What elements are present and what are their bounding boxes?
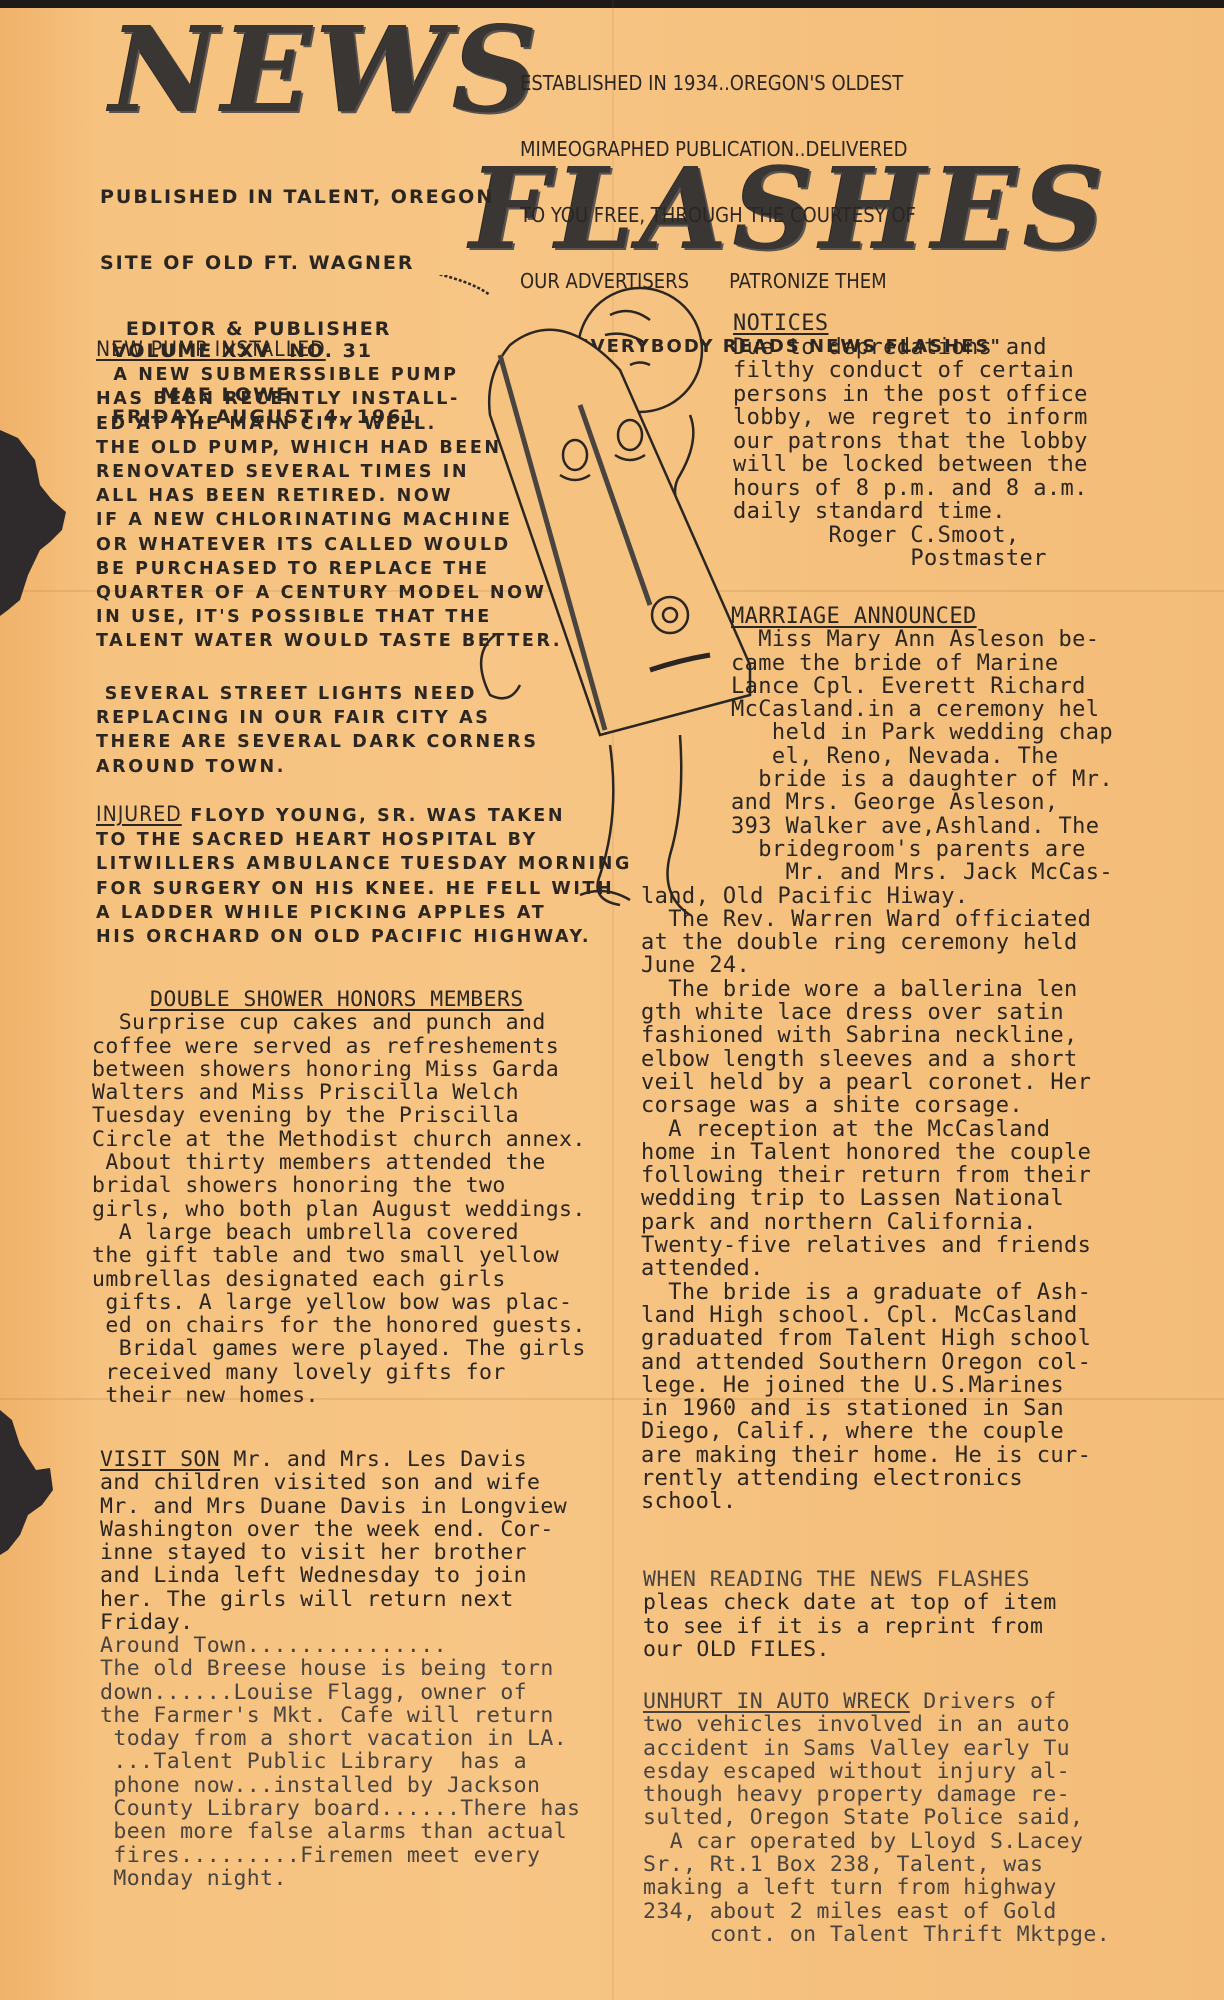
article-line: today from a short vacation in LA. xyxy=(100,1727,580,1750)
article-line: Surprise cup cakes and punch and xyxy=(92,1011,586,1034)
article-line: attended. xyxy=(641,1257,1113,1280)
established-line: TO YOU FREE, THROUGH THE COURTESY OF xyxy=(520,204,1002,226)
article-notices: NOTICES Due to depredations and filthy c… xyxy=(733,312,1088,571)
article-line: OR WHATEVER ITS CALLED WOULD xyxy=(96,533,562,557)
article-line: THERE ARE SEVERAL DARK CORNERS xyxy=(96,730,539,754)
article-line: sulted, Oregon State Police said, xyxy=(643,1806,1110,1829)
article-line: Monday night. xyxy=(100,1867,580,1890)
article-line: ALL HAS BEEN RETIRED. NOW xyxy=(96,484,562,508)
article-line: A car operated by Lloyd S.Lacey xyxy=(643,1830,1110,1853)
article-street-lights: SEVERAL STREET LIGHTS NEED REPLACING IN … xyxy=(96,682,539,779)
article-line: Tuesday evening by the Priscilla xyxy=(92,1104,586,1127)
article-line: A LADDER WHILE PICKING APPLES AT xyxy=(96,901,632,925)
article-line: lobby, we regret to inform xyxy=(733,406,1088,430)
article-line: between showers honoring Miss Garda xyxy=(92,1058,586,1081)
publication-location: Published in Talent, Oregon xyxy=(100,186,494,208)
article-line: SEVERAL STREET LIGHTS NEED xyxy=(96,682,539,706)
article-line: HIS ORCHARD ON OLD PACIFIC HIGHWAY. xyxy=(96,925,632,949)
article-line: corsage was a shite corsage. xyxy=(641,1094,1113,1117)
headline-reading-note: WHEN READING THE NEWS FLASHES xyxy=(643,1568,1057,1591)
article-line: County Library board......There has xyxy=(100,1797,580,1820)
headline-visit-son: VISIT SON xyxy=(100,1447,220,1472)
article-line: bridal showers honoring the two xyxy=(92,1174,586,1197)
article-line: Mr. and Mrs. Jack McCas- xyxy=(731,861,1113,884)
article-reading-note: WHEN READING THE NEWS FLASHES pleas chec… xyxy=(643,1568,1057,1661)
article-line: Sr., Rt.1 Box 238, Talent, was xyxy=(643,1853,1110,1876)
article-line: Circle at the Methodist church annex. xyxy=(92,1128,586,1151)
article-line: making a left turn from highway xyxy=(643,1876,1110,1899)
article-line: phone now...installed by Jackson xyxy=(100,1774,580,1797)
article-line: gth white lace dress over satin xyxy=(641,1001,1113,1024)
article-line: A large beach umbrella covered xyxy=(92,1221,586,1244)
article-line: land, Old Pacific Hiway. xyxy=(641,885,1113,908)
article-line: the gift table and two small yellow xyxy=(92,1244,586,1267)
article-line: TALENT WATER WOULD TASTE BETTER. xyxy=(96,629,562,653)
article-line: and Mrs. George Asleson, xyxy=(731,791,1113,814)
article-line: lege. He joined the U.S.Marines xyxy=(641,1374,1113,1397)
article-line: fashioned with Sabrina neckline, xyxy=(641,1024,1113,1047)
article-line: the Farmer's Mkt. Cafe will return xyxy=(100,1704,580,1727)
article-line: home in Talent honored the couple xyxy=(641,1141,1113,1164)
article-line: cont. on Talent Thrift Mktpge. xyxy=(643,1923,1110,1946)
article-line: Diego, Calif., where the couple xyxy=(641,1420,1113,1443)
article-line: A reception at the McCasland xyxy=(641,1118,1113,1141)
article-line: McCasland.in a ceremony hel xyxy=(731,698,1113,721)
article-line: Miss Mary Ann Asleson be- xyxy=(731,628,1113,651)
article-marriage: MARRIAGE ANNOUNCED Miss Mary Ann Asleson… xyxy=(731,605,1113,1514)
article-line: QUARTER OF A CENTURY MODEL NOW xyxy=(96,581,562,605)
article-line: Washington over the week end. Cor- xyxy=(100,1518,567,1541)
article-line: their new homes. xyxy=(92,1384,586,1407)
headline-around-town: Around Town............... xyxy=(100,1634,580,1657)
article-line: Due to depredations and xyxy=(733,336,1088,360)
article-line: HAS BEEN RECENTLY INSTALL- xyxy=(96,387,562,411)
article-line: her. The girls will return next xyxy=(100,1588,567,1611)
article-line: gifts. A large yellow bow was plac- xyxy=(92,1291,586,1314)
torn-hole xyxy=(0,430,70,620)
article-line: park and northern California. xyxy=(641,1211,1113,1234)
article-line: BE PURCHASED TO REPLACE THE xyxy=(96,557,562,581)
article-line: Bridal games were played. The girls xyxy=(92,1337,586,1360)
article-line: ED AT THE MAIN CITY WELL. xyxy=(96,412,562,436)
article-line: our OLD FILES. xyxy=(643,1638,1057,1661)
headline-new-pump: NEW PUMP INSTALLED xyxy=(96,337,562,361)
publication-site: Site of Old Ft. Wagner xyxy=(100,252,494,274)
article-line: elbow length sleeves and a short xyxy=(641,1048,1113,1071)
article-line: FOR SURGERY ON HIS KNEE. HE FELL WITH xyxy=(96,877,632,901)
article-line: Twenty-five relatives and friends xyxy=(641,1234,1113,1257)
article-line: THE OLD PUMP, WHICH HAD BEEN xyxy=(96,436,562,460)
article-double-shower: DOUBLE SHOWER HONORS MEMBERS Surprise cu… xyxy=(92,988,586,1407)
article-line: 393 Walker ave,Ashland. The xyxy=(731,815,1113,838)
torn-hole xyxy=(0,1410,60,1560)
article-line: came the bride of Marine xyxy=(731,652,1113,675)
article-line: el, Reno, Nevada. The xyxy=(731,745,1113,768)
article-line: to see if it is a reprint from xyxy=(643,1615,1057,1638)
article-line: at the double ring ceremony held xyxy=(641,931,1113,954)
article-line: wedding trip to Lassen National xyxy=(641,1187,1113,1210)
article-line: following their return from their xyxy=(641,1164,1113,1187)
article-line: fires.........Firemen meet every xyxy=(100,1844,580,1867)
article-line: two vehicles involved in an auto xyxy=(643,1713,1110,1736)
article-line: rently attending electronics xyxy=(641,1467,1113,1490)
article-line: and attended Southern Oregon col- xyxy=(641,1351,1113,1374)
article-line: filthy conduct of certain xyxy=(733,359,1088,383)
article-line: Mr. and Mrs. Les Davis xyxy=(220,1447,527,1472)
article-line: school. xyxy=(641,1490,1113,1513)
established-line: MIMEOGRAPHED PUBLICATION..DELIVERED xyxy=(520,138,1002,160)
article-new-pump: NEW PUMP INSTALLED A NEW SUBMERSSIBLE PU… xyxy=(96,337,562,654)
article-line: graduated from Talent High school xyxy=(641,1327,1113,1350)
article-line: June 24. xyxy=(641,954,1113,977)
article-line: The old Breese house is being torn xyxy=(100,1657,580,1680)
headline-marriage: MARRIAGE ANNOUNCED xyxy=(731,605,1113,628)
headline-injured: INJURED xyxy=(96,802,182,826)
article-line: Friday. xyxy=(100,1611,567,1634)
article-line: girls, who both plan August weddings. xyxy=(92,1198,586,1221)
headline-notices: NOTICES xyxy=(733,312,1088,336)
article-line: IN USE, IT'S POSSIBLE THAT THE xyxy=(96,605,562,629)
article-line: Postmaster xyxy=(733,547,1088,571)
masthead-title-news: NEWS xyxy=(110,10,542,130)
article-line: About thirty members attended the xyxy=(92,1151,586,1174)
article-line: RENOVATED SEVERAL TIMES IN xyxy=(96,460,562,484)
article-line: Mr. and Mrs Duane Davis in Longview xyxy=(100,1495,567,1518)
article-line: our patrons that the lobby xyxy=(733,430,1088,454)
article-around-town: Around Town............... The old Brees… xyxy=(100,1634,580,1890)
article-line: IF A NEW CHLORINATING MACHINE xyxy=(96,508,562,532)
article-line: The bride wore a ballerina len xyxy=(641,978,1113,1001)
article-injured: INJURED FLOYD YOUNG, SR. WAS TAKEN TO TH… xyxy=(96,802,632,949)
article-line: 234, about 2 miles east of Gold xyxy=(643,1900,1110,1923)
article-line: accident in Sams Valley early Tu xyxy=(643,1737,1110,1760)
article-line: Walters and Miss Priscilla Welch xyxy=(92,1081,586,1104)
article-line: will be locked between the xyxy=(733,453,1088,477)
article-line: REPLACING IN OUR FAIR CITY AS xyxy=(96,706,539,730)
article-line: and children visited son and wife xyxy=(100,1471,567,1494)
article-line: LITWILLERS AMBULANCE TUESDAY MORNING xyxy=(96,852,632,876)
article-auto-wreck: UNHURT IN AUTO WRECK Drivers of two vehi… xyxy=(643,1690,1110,1946)
headline-auto-wreck: UNHURT IN AUTO WRECK xyxy=(643,1689,910,1714)
article-line: Drivers of xyxy=(910,1689,1057,1714)
article-line: bride is a daughter of Mr. xyxy=(731,768,1113,791)
article-line: ...Talent Public Library has a xyxy=(100,1750,580,1773)
article-line: FLOYD YOUNG, SR. WAS TAKEN xyxy=(182,806,565,826)
article-line: down......Louise Flagg, owner of xyxy=(100,1681,580,1704)
article-line: in 1960 and is stationed in San xyxy=(641,1397,1113,1420)
article-line: been more false alarms than actual xyxy=(100,1820,580,1843)
article-line: coffee were served as refreshements xyxy=(92,1035,586,1058)
article-line: inne stayed to visit her brother xyxy=(100,1541,567,1564)
headline-double-shower: DOUBLE SHOWER HONORS MEMBERS xyxy=(92,988,586,1011)
article-line: ed on chairs for the honored guests. xyxy=(92,1314,586,1337)
article-line: held in Park wedding chap xyxy=(731,721,1113,744)
article-line: AROUND TOWN. xyxy=(96,755,539,779)
article-line: though heavy property damage re- xyxy=(643,1783,1110,1806)
article-line: hours of 8 p.m. and 8 a.m. xyxy=(733,477,1088,501)
article-line: received many lovely gifts for xyxy=(92,1361,586,1384)
article-line: are making their home. He is cur- xyxy=(641,1444,1113,1467)
article-line: pleas check date at top of item xyxy=(643,1591,1057,1614)
article-line: land High school. Cpl. McCasland xyxy=(641,1304,1113,1327)
article-line: veil held by a pearl coronet. Her xyxy=(641,1071,1113,1094)
established-line: ESTABLISHED IN 1934..OREGON'S OLDEST xyxy=(520,72,1002,94)
article-line: daily standard time. xyxy=(733,500,1088,524)
article-line: The bride is a graduate of Ash- xyxy=(641,1281,1113,1304)
article-line: The Rev. Warren Ward officiated xyxy=(641,908,1113,931)
article-line: Roger C.Smoot, xyxy=(733,524,1088,548)
article-line: and Linda left Wednesday to join xyxy=(100,1564,567,1587)
article-line: Lance Cpl. Everett Richard xyxy=(731,675,1113,698)
article-line: esday escaped without injury al- xyxy=(643,1760,1110,1783)
article-line: bridegroom's parents are xyxy=(731,838,1113,861)
article-line: A NEW SUBMERSSIBLE PUMP xyxy=(96,363,562,387)
article-line: umbrellas designated each girls xyxy=(92,1268,586,1291)
article-line: TO THE SACRED HEART HOSPITAL BY xyxy=(96,828,632,852)
article-line: persons in the post office xyxy=(733,383,1088,407)
article-visit-son: VISIT SON Mr. and Mrs. Les Davis and chi… xyxy=(100,1448,567,1634)
